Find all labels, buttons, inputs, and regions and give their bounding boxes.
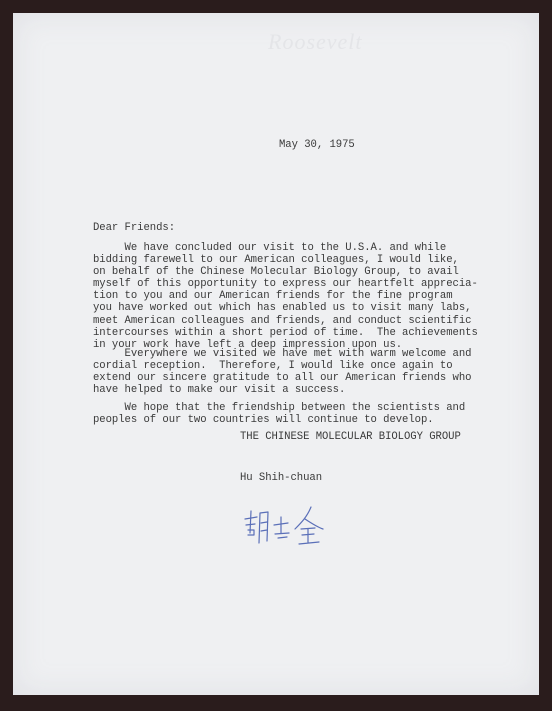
letter-page: Roosevelt May 30, 1975 Dear Friends: We …: [13, 13, 539, 695]
paragraph-2: Everywhere we visited we have met with w…: [93, 348, 471, 396]
letter-date: May 30, 1975: [279, 139, 355, 151]
paragraph-3: We hope that the friendship between the …: [93, 402, 465, 426]
salutation: Dear Friends:: [93, 222, 175, 234]
closing-organization: THE CHINESE MOLECULAR BIOLOGY GROUP: [240, 431, 461, 443]
watermark: Roosevelt: [268, 29, 363, 55]
signer-name: Hu Shih-chuan: [240, 472, 322, 484]
handwritten-signature: [241, 503, 331, 553]
paragraph-1: We have concluded our visit to the U.S.A…: [93, 242, 478, 351]
